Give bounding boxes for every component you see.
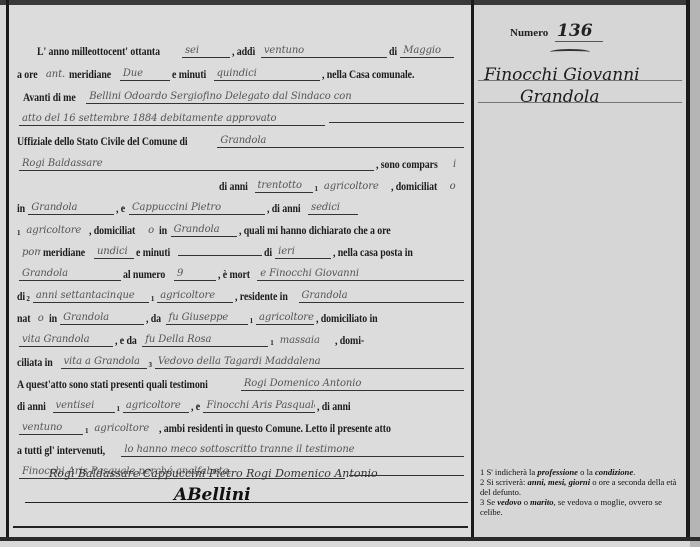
footnote-1: 1 — [85, 427, 88, 435]
text-e-minuti: e minuti — [172, 69, 206, 81]
handwritten-suffix: o — [145, 225, 157, 237]
handwritten-pom: pom — [19, 247, 41, 259]
footnote-number: 2 — [480, 477, 484, 487]
text-di: di — [264, 247, 272, 259]
handwritten-delegation: atto del 16 settembre 1884 debitamente a… — [19, 113, 325, 126]
line-birth: nat o in Grandola , da fu Giuseppe 1 agr… — [17, 304, 466, 325]
line-residents: ventuno 1 agricoltore , ambi residenti i… — [17, 414, 466, 435]
handwritten-day: ieri — [275, 246, 331, 259]
handwritten-age: ventuno — [19, 422, 83, 435]
line-time: a ore ant. meridiane Due e minuti quindi… — [17, 60, 466, 81]
text-sono-comparsi: , sono compars — [376, 159, 438, 171]
footnote-emphasis: marito — [530, 497, 553, 507]
text-domiciliat: , domiciliat — [391, 181, 437, 193]
handwritten-day: ventuno — [261, 45, 387, 58]
footnote-text: S' indicherà la — [486, 467, 537, 477]
footnote-emphasis: vedovo — [497, 497, 521, 507]
handwritten-mother: fu Della Rosa — [142, 334, 268, 347]
text-addi: , addì — [232, 46, 255, 58]
text-ufficiale: Uffiziale dello Stato Civile del Comune … — [17, 136, 188, 148]
margin-column: Numero 136 Finocchi Giovanni Grandola 1 … — [474, 5, 686, 537]
text-di-anni: , di anni — [267, 203, 301, 215]
text-di: di — [17, 291, 25, 303]
footnote-text: o la — [578, 467, 595, 477]
line-declarant1-age: di anni trentotto 1 agricoltore , domici… — [219, 172, 466, 193]
footnote-text: o — [522, 497, 531, 507]
line-declarant2: in Grandola , e Cappuccini Pietro , di a… — [17, 194, 466, 215]
text-meridiane: meridiane — [43, 247, 85, 259]
line-witnesses: A quest'atto sono stati presenti quali t… — [17, 370, 466, 391]
margin-rule — [478, 102, 682, 103]
text-testimoni: A quest'atto sono stati presenti quali t… — [17, 379, 208, 391]
handwritten-job: agricoltore — [256, 312, 314, 325]
line-death-time: pom meridiane undici e minuti di ieri , … — [17, 238, 466, 259]
handwritten-job: agricoltore — [123, 400, 189, 413]
footnote-text: . — [633, 467, 635, 477]
handwritten-birthplace: Grandola — [60, 312, 144, 325]
record-body: L' anno milleottocent' ottanta sei , add… — [9, 5, 472, 537]
handwritten-suffix: o — [447, 181, 461, 193]
flourish-ornament — [550, 49, 590, 55]
handwritten-declarant2: Cappuccini Pietro — [129, 202, 265, 215]
footnote-text: Si scriverà: — [486, 477, 527, 487]
handwritten-declarant1: Rogi Baldassare — [19, 158, 374, 171]
handwritten-house-number: 9 — [174, 268, 216, 281]
handwritten-father: fu Giuseppe — [166, 312, 248, 325]
line-mother: vita Grandola , e da fu Della Rosa 1 mas… — [17, 326, 466, 347]
text-intervenuti: a tutti gl' intervenuti, — [17, 445, 105, 457]
text-meridiane: meridiane — [69, 69, 111, 81]
handwritten-age: sedici — [308, 202, 358, 215]
text-nat: nat — [17, 313, 30, 325]
text-e: , e — [116, 203, 125, 215]
text-in: in — [159, 225, 167, 237]
handwritten-age: trentotto — [255, 180, 313, 193]
handwritten-witness1: Rogi Domenico Antonio — [241, 378, 464, 391]
handwritten-minutes: quindici — [214, 68, 320, 81]
handwritten-marital-status: Vedovo della Tagardi Maddalena — [155, 356, 464, 369]
text-di-anni: di anni — [219, 181, 248, 193]
handwritten-suffix: o — [35, 313, 47, 325]
handwritten-signing-note: lo hanno meco sottoscritto tranne il tes… — [121, 444, 464, 457]
footnote-1: 1 — [17, 229, 20, 237]
line-delegation: atto del 16 settembre 1884 debitamente a… — [17, 105, 466, 126]
handwritten-deceased-name: e Finocchi Giovanni — [257, 268, 464, 281]
line-read: a tutti gl' intervenuti, lo hanno meco s… — [17, 436, 466, 457]
blank-minutes — [178, 254, 262, 256]
page-edge — [690, 0, 700, 547]
line-comparsi: Rogi Baldassare , sono compars i — [17, 150, 466, 171]
handwritten-place: Grandola — [171, 224, 237, 237]
footnote-1: 1 — [250, 317, 253, 325]
handwritten-comune: Grandola — [217, 135, 464, 148]
footnotes: 1 S' indicherà la professione o la condi… — [480, 467, 684, 517]
margin-place: Grandola — [520, 87, 599, 107]
handwritten-hour: undici — [94, 246, 134, 259]
footnote-1: 1 — [151, 295, 154, 303]
footnote-emphasis: anni, mesi, giorni — [528, 477, 591, 487]
line-deceased-age: di 2 anni settantacinque 1 agricoltore ,… — [17, 282, 466, 303]
footnote-emphasis: condizione — [595, 467, 633, 477]
handwritten-suffix: i — [450, 159, 464, 171]
handwritten-job: agricoltore — [23, 225, 87, 237]
text-casa-comunale: , nella Casa comunale. — [322, 69, 414, 81]
line-deceased: Grandola al numero 9 , è mort e Finocchi… — [17, 260, 466, 281]
numero-label: Numero — [510, 27, 548, 39]
record-number: Numero 136 — [510, 21, 603, 41]
text-ciliata-in: ciliata in — [17, 357, 53, 369]
text-al-numero: al numero — [123, 269, 165, 281]
text-di-anni: di anni — [17, 401, 46, 413]
handwritten-job: agricoltore — [321, 181, 389, 193]
text-domiciliat: , domiciliat — [89, 225, 135, 237]
line-witness2: di anni ventisei 1 agricoltore , e Finoc… — [17, 392, 466, 413]
text-avanti-di-me: Avanti di me — [23, 92, 76, 104]
margin-deceased-name: Finocchi Giovanni — [484, 65, 640, 85]
handwritten-ante: ant. — [43, 69, 67, 81]
text-a-ore: a ore — [17, 69, 38, 81]
handwritten-year: sei — [182, 45, 230, 58]
line-year: L' anno milleottocent' ottanta sei , add… — [37, 37, 466, 58]
handwritten-month: Maggio — [400, 45, 454, 58]
bottom-rule-inner — [13, 526, 468, 528]
text-residente-in: , residente in — [235, 291, 288, 303]
blank-line — [329, 121, 464, 123]
handwritten-hour: Due — [120, 68, 170, 81]
text-ambi-residenti: , ambi residenti in questo Comune. Letto… — [159, 423, 391, 435]
handwritten-witness2: Finocchi Aris Pasquale — [203, 400, 315, 413]
text-in: in — [17, 203, 25, 215]
text-e-da: , e da — [115, 335, 137, 347]
footnote-item: 3 Se vedovo o marito, se vedova o moglie… — [480, 497, 684, 517]
footnote-1: 1 — [315, 185, 318, 193]
line-declarant2-domicile: 1 agricoltore , domiciliat o in Grandola… — [17, 216, 466, 237]
handwritten-job: agricoltore — [157, 290, 233, 303]
text-in: in — [49, 313, 57, 325]
scanned-document: L' anno milleottocent' ottanta sei , add… — [0, 0, 700, 547]
footnote-2: 2 — [26, 295, 29, 303]
text-casa-posta: , nella casa posta in — [333, 247, 413, 259]
footnote-text: Se — [486, 497, 497, 507]
text-e: , e — [191, 401, 200, 413]
footnote-3: 3 — [149, 361, 152, 369]
text-domi: , domi- — [335, 335, 364, 347]
footnote-emphasis: professione — [537, 467, 578, 477]
handwritten-age: ventisei — [53, 400, 115, 413]
text-domiciliato-in: , domiciliato in — [316, 313, 378, 325]
footnote-item: 2 Si scriverà: anni, mesi, giorni o ore … — [480, 477, 684, 497]
footnote-number: 1 — [480, 467, 484, 477]
footnote-number: 3 — [480, 497, 484, 507]
text-da: , da — [146, 313, 161, 325]
footnote-1: 1 — [270, 339, 273, 347]
footnote-item: 1 S' indicherà la professione o la condi… — [480, 467, 684, 477]
handwritten-place: Grandola — [28, 202, 114, 215]
text-dichiarato: , quali mi hanno dichiarato che a ore — [239, 225, 391, 237]
bottom-border — [0, 537, 700, 541]
handwritten-residence: Grandola — [299, 290, 464, 303]
handwritten-father-domicile: vita Grandola — [19, 334, 113, 347]
text-di-anni: , di anni — [317, 401, 351, 413]
signatures-line: Rogi Baldassare Cappuccini Pietro Rogi D… — [49, 467, 378, 480]
handwritten-mother-domicile: vita a Grandola — [61, 356, 147, 369]
text-e-morto: , è mort — [218, 269, 250, 281]
handwritten-job: agricoltore — [91, 423, 157, 435]
handwritten-deceased-age: anni settantacinque — [33, 290, 149, 303]
signature-rule — [25, 502, 468, 503]
footnote-1: 1 — [117, 405, 120, 413]
line-avanti: Avanti di me Bellini Odoardo Sergiofino … — [23, 83, 466, 104]
handwritten-officer: Bellini Odoardo Sergiofino Delegato dal … — [86, 91, 464, 104]
handwritten-job: massaia — [277, 335, 333, 347]
margin-rule — [478, 80, 682, 81]
line-marital: ciliata in vita a Grandola 3 Vedovo dell… — [17, 348, 466, 369]
text-di: di — [389, 46, 397, 58]
text-e-minuti: e minuti — [136, 247, 170, 259]
numero-value: 136 — [555, 21, 603, 42]
line-ufficiale: Uffiziale dello Stato Civile del Comune … — [17, 127, 466, 148]
text-year-label: L' anno milleottocent' ottanta — [37, 46, 160, 58]
handwritten-place: Grandola — [19, 268, 121, 281]
